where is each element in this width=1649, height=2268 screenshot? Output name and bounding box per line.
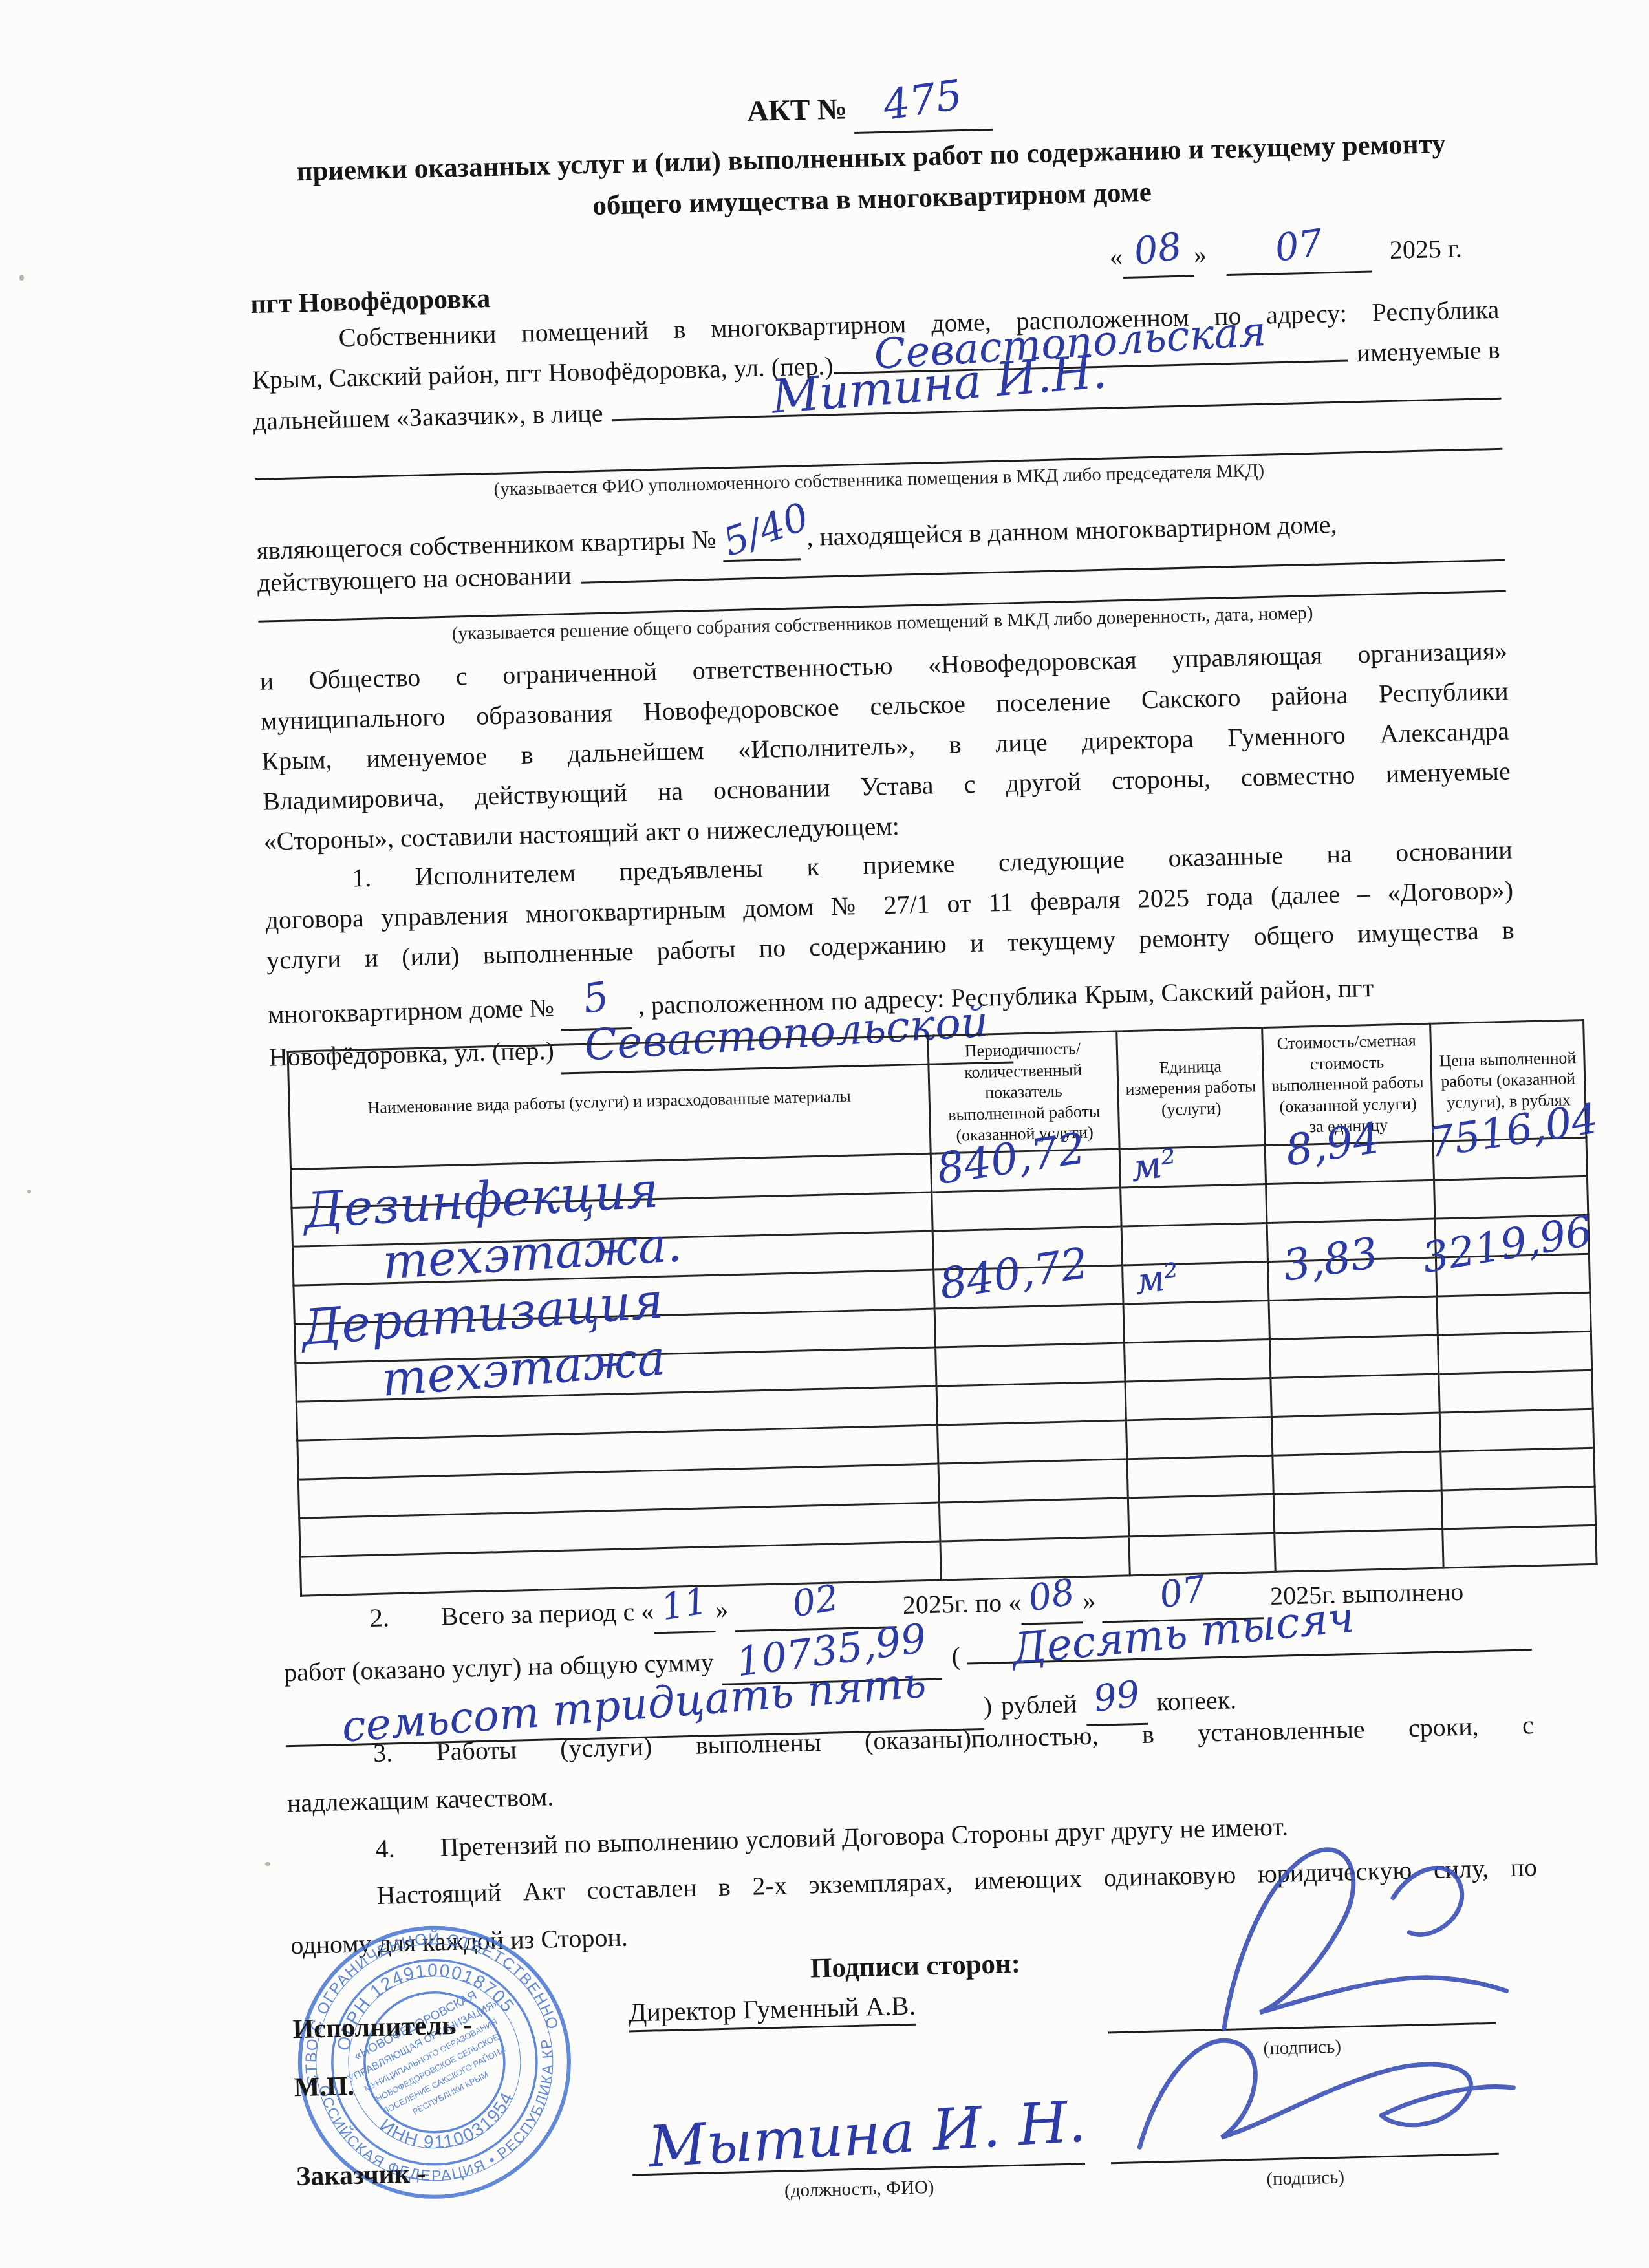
col-header-unit: Единица измерения работы (услуги) (1117, 1028, 1265, 1149)
item1-num: 1. (352, 863, 372, 893)
table-cell (1128, 1494, 1274, 1536)
basis-blank (581, 559, 1505, 584)
period-day1: 11 (658, 1578, 711, 1632)
table-cell (1266, 1180, 1435, 1223)
table-cell (1125, 1378, 1271, 1420)
col-header-name: Наименование вида работы (услуги) и изра… (288, 1036, 931, 1169)
person-blank: Митина И.Н. (612, 398, 1502, 422)
rub-label: рублей (1000, 1687, 1077, 1722)
table-cell (1443, 1525, 1597, 1568)
table-cell (936, 1382, 1126, 1425)
item3-num: 3. (373, 1738, 393, 1768)
item2-before: Всего за период с (440, 1597, 634, 1631)
customer-signature (1101, 2002, 1531, 2174)
scan-speck (265, 1862, 270, 1866)
basis-line-text: действующего на основании (257, 559, 572, 600)
table-cell (936, 1343, 1125, 1386)
table-cell (938, 1420, 1127, 1464)
table-cell (934, 1304, 1124, 1347)
period-day1-blank: 11 (653, 1583, 716, 1634)
table-cell (1271, 1374, 1439, 1417)
act-number-handwritten: 475 (880, 69, 966, 133)
table-cell (1437, 1292, 1591, 1335)
table-cell (1121, 1184, 1267, 1226)
customer-label: Заказчик - (296, 2158, 426, 2192)
period-day2: 08 (1025, 1569, 1078, 1623)
scan-speck (19, 275, 24, 281)
table-cell (1438, 1331, 1591, 1374)
table-cell (1124, 1339, 1270, 1381)
table-cell (1273, 1490, 1442, 1533)
scan-speck (27, 1190, 31, 1193)
director-name-line: Директор Гуменный А.В. (628, 1990, 916, 2033)
intro-line-2-text: Крым, Сакский район, пгт Новофёдоровка, … (252, 349, 834, 397)
kop-handwritten: 99 (1091, 1671, 1143, 1724)
table-cell (1269, 1296, 1438, 1339)
kop-label: копеек. (1156, 1683, 1237, 1718)
item2-q2: » (715, 1595, 729, 1624)
act-number-blank: 475 (853, 75, 993, 134)
table-cell (1439, 1409, 1593, 1451)
paren-close: ) (983, 1689, 993, 1723)
entry1-unit: м² (1128, 1140, 1180, 1190)
customer-name-handwritten: Мытина И. Н. (646, 2088, 1088, 2181)
period-month1: 02 (789, 1575, 842, 1629)
table-cell (1269, 1335, 1438, 1378)
table-cell (1271, 1413, 1440, 1455)
intro-line-2-after: именуемые в (1356, 333, 1500, 370)
item2-q4: » (1083, 1586, 1096, 1615)
intro-line-3-text: дальнейшем «Заказчик», в лице (253, 396, 603, 438)
table-cell (1123, 1300, 1269, 1342)
table-cell (939, 1498, 1128, 1541)
mp-label: М.П. (294, 2071, 354, 2103)
act-label: АКТ № (747, 92, 848, 127)
pos-fio-caption: (должность, ФИО) (633, 2173, 1086, 2205)
table-cell (1126, 1417, 1272, 1459)
item2-q1: « (641, 1596, 654, 1625)
table-cell (1127, 1455, 1273, 1497)
entry2-unit: м² (1132, 1255, 1182, 1303)
item2-q3: « (1008, 1587, 1022, 1616)
table-cell (1439, 1370, 1593, 1413)
table-cell (1275, 1529, 1443, 1572)
table-cell (1121, 1223, 1267, 1265)
item2-num: 2. (369, 1603, 389, 1632)
table-cell (1273, 1451, 1441, 1494)
table-cell (938, 1459, 1128, 1503)
document-sheet: АКТ № 475 приемки оказанных услуг и (или… (245, 63, 1546, 2258)
table-cell (932, 1188, 1121, 1231)
table-cell (1441, 1448, 1595, 1490)
paren-open: ( (951, 1640, 961, 1673)
table-cell (1441, 1486, 1595, 1529)
item4-num: 4. (375, 1834, 395, 1863)
executor-label: Исполнитель - (292, 2009, 473, 2045)
